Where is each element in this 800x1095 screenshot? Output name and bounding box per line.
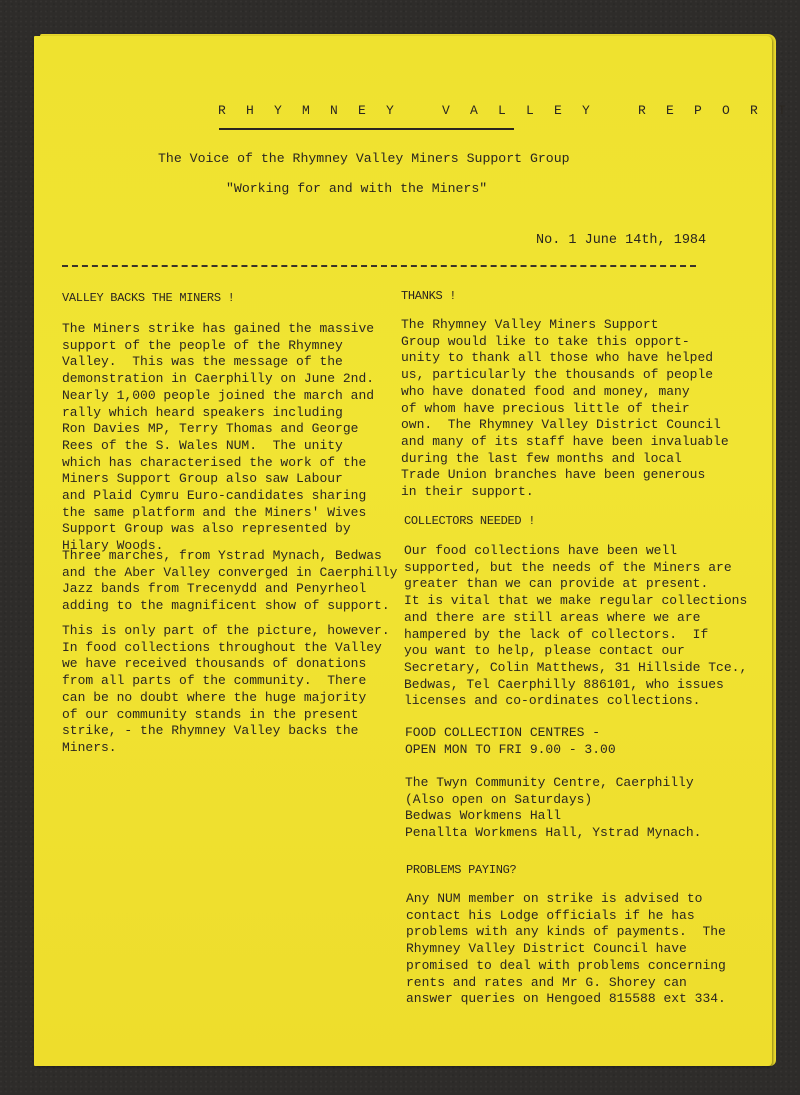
text-line: Bedwas, Tel Caerphilly 886101, who issue…: [404, 677, 747, 694]
text-line: Support Group was also represented by: [62, 521, 374, 538]
newsletter-subtitle: The Voice of the Rhymney Valley Miners S…: [158, 151, 570, 166]
text-line: and there are still areas where we are: [404, 610, 747, 627]
issue-number-date: No. 1 June 14th, 1984: [536, 233, 706, 248]
valley-backs-paragraph-2: Three marches, from Ystrad Mynach, Bedwa…: [62, 548, 397, 615]
text-line: and many of its staff have been invaluab…: [401, 434, 729, 451]
text-line: It is vital that we make regular collect…: [404, 593, 747, 610]
text-line: during the last few months and local: [401, 451, 729, 468]
text-line: and Plaid Cymru Euro-candidates sharing: [62, 488, 374, 505]
text-line: rents and rates and Mr G. Shorey can: [406, 975, 726, 992]
text-line: adding to the magnificent show of suppor…: [62, 598, 397, 615]
text-line: unity to thank all those who have helped: [401, 350, 729, 367]
text-line: and the Aber Valley converged in Caerphi…: [62, 565, 397, 582]
collectors-paragraph: Our food collections have been well supp…: [404, 543, 747, 710]
text-line: This is only part of the picture, howeve…: [62, 623, 390, 640]
text-line: of our community stands in the present: [62, 707, 390, 724]
text-line: Group would like to take this opport-: [401, 334, 729, 351]
text-line: answer queries on Hengoed 815588 ext 334…: [406, 991, 726, 1008]
text-line: you want to help, please contact our: [404, 643, 747, 660]
text-line: support of the people of the Rhymney: [62, 338, 374, 355]
text-line: Miners.: [62, 740, 390, 757]
text-line: Rees of the S. Wales NUM. The unity: [62, 438, 374, 455]
newsletter-motto: "Working for and with the Miners": [226, 181, 487, 196]
opening-hours: OPEN MON TO FRI 9.00 - 3.00: [405, 742, 616, 759]
problems-paragraph: Any NUM member on strike is advised to c…: [406, 891, 726, 1008]
text-line: can be no doubt where the huge majority: [62, 690, 390, 707]
text-line: Nearly 1,000 people joined the march and: [62, 388, 374, 405]
section-heading-thanks: THANKS !: [401, 289, 456, 303]
text-line: Any NUM member on strike is advised to: [406, 891, 726, 908]
section-heading-problems-paying: PROBLEMS PAYING?: [406, 863, 516, 877]
centre-item: (Also open on Saturdays): [405, 792, 701, 809]
text-line: supported, but the needs of the Miners a…: [404, 560, 747, 577]
text-line: who have donated food and money, many: [401, 384, 729, 401]
text-line: Trade Union branches have been generous: [401, 467, 729, 484]
text-line: strike, - the Rhymney Valley backs the: [62, 723, 390, 740]
text-line: Rhymney Valley District Council have: [406, 941, 726, 958]
text-line: Jazz bands from Trecenydd and Penyrheol: [62, 581, 397, 598]
text-line: we have received thousands of donations: [62, 656, 390, 673]
text-line: which has characterised the work of the: [62, 455, 374, 472]
title-underline: [219, 128, 514, 130]
text-line: In food collections throughout the Valle…: [62, 640, 390, 657]
text-line: own. The Rhymney Valley District Council: [401, 417, 729, 434]
text-line: Ron Davies MP, Terry Thomas and George: [62, 421, 374, 438]
valley-backs-paragraph-3: This is only part of the picture, howeve…: [62, 623, 390, 757]
centre-item: The Twyn Community Centre, Caerphilly: [405, 775, 701, 792]
section-heading-collectors-needed: COLLECTORS NEEDED !: [404, 514, 535, 528]
text-line: Miners Support Group also saw Labour: [62, 471, 374, 488]
section-heading-valley-backs: VALLEY BACKS THE MINERS !: [62, 291, 235, 305]
text-line: contact his Lodge officials if he has: [406, 908, 726, 925]
text-line: The Rhymney Valley Miners Support: [401, 317, 729, 334]
newsletter-title: R H Y M N E Y V A L L E Y R E P O R T: [218, 103, 792, 118]
text-line: us, particularly the thousands of people: [401, 367, 729, 384]
text-line: licenses and co-ordinates collections.: [404, 693, 747, 710]
text-line: Valley. This was the message of the: [62, 354, 374, 371]
food-centres-heading-line: FOOD COLLECTION CENTRES -: [405, 725, 616, 742]
text-line: demonstration in Caerphilly on June 2nd.: [62, 371, 374, 388]
text-line: greater than we can provide at present.: [404, 576, 747, 593]
text-line: The Miners strike has gained the massive: [62, 321, 374, 338]
text-line: Our food collections have been well: [404, 543, 747, 560]
text-line: the same platform and the Miners' Wives: [62, 505, 374, 522]
text-line: Secretary, Colin Matthews, 31 Hillside T…: [404, 660, 747, 677]
text-line: of whom have precious little of their: [401, 401, 729, 418]
text-line: hampered by the lack of collectors. If: [404, 627, 747, 644]
text-line: problems with any kinds of payments. The: [406, 924, 726, 941]
centre-item: Penallta Workmens Hall, Ystrad Mynach.: [405, 825, 701, 842]
food-centres-list: The Twyn Community Centre, Caerphilly (A…: [405, 775, 701, 842]
text-line: from all parts of the community. There: [62, 673, 390, 690]
valley-backs-paragraph-1: The Miners strike has gained the massive…: [62, 321, 374, 555]
header-divider: [62, 265, 696, 267]
centre-item: Bedwas Workmens Hall: [405, 808, 701, 825]
food-centres-heading: FOOD COLLECTION CENTRES - OPEN MON TO FR…: [405, 725, 616, 758]
text-line: rally which heard speakers including: [62, 405, 374, 422]
thanks-paragraph: The Rhymney Valley Miners Support Group …: [401, 317, 729, 501]
text-line: in their support.: [401, 484, 729, 501]
text-line: promised to deal with problems concernin…: [406, 958, 726, 975]
text-line: Three marches, from Ystrad Mynach, Bedwa…: [62, 548, 397, 565]
